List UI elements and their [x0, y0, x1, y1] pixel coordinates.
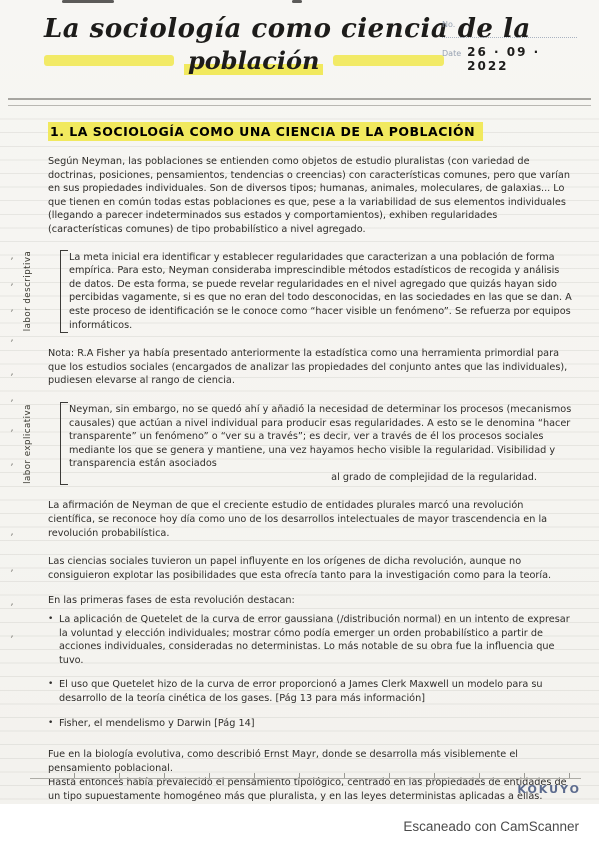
title-line-2: población — [184, 46, 323, 75]
notes-body: 1. LA SOCIOLOGÍA COMO UNA CIENCIA DE LA … — [0, 106, 599, 845]
paragraph-ciencias-sociales: Las ciencias sociales tuvieron un papel … — [48, 555, 573, 582]
paragraph-afirmacion: La afirmación de Neyman de que el crecie… — [48, 499, 573, 540]
paragraph-explanatory: Neyman, sin embargo, no se quedó ahí y a… — [69, 403, 573, 471]
date-label: Date — [442, 49, 461, 58]
paragraph-note: Nota: R.A Fisher ya había presentado ant… — [48, 347, 573, 388]
no-label: No. — [442, 20, 455, 29]
highlighter-stroke — [44, 55, 174, 66]
annotated-block-explanatory: labor explicativa Neyman, sin embargo, n… — [50, 402, 573, 486]
paragraph-descriptive: La meta inicial era identificar y establ… — [69, 251, 573, 333]
bracket: Neyman, sin embargo, no se quedó ahí y a… — [60, 402, 573, 486]
section-heading: 1. LA SOCIOLOGÍA COMO UNA CIENCIA DE LA … — [48, 124, 573, 139]
paragraph-final-1: Fue en la biología evolutiva, como descr… — [48, 748, 573, 775]
date-value: 26 · 09 · 2022 — [467, 45, 577, 73]
date-field: Date 26 · 09 · 2022 — [442, 45, 577, 73]
margin-label-explanatory: labor explicativa — [23, 404, 33, 484]
list-item: La aplicación de Quetelet de la curva de… — [48, 613, 573, 667]
title-line-2-row: población — [44, 46, 444, 75]
paper-footer: KOKUYO — [30, 773, 581, 796]
revolution-phases-list: La aplicación de Quetelet de la curva de… — [48, 613, 573, 730]
section-heading-highlight: 1. LA SOCIOLOGÍA COMO UNA CIENCIA DE LA … — [48, 122, 483, 141]
page-header: La sociología como ciencia de la poblaci… — [0, 0, 599, 94]
footer-rule — [30, 773, 581, 779]
scan-credit: Escaneado con CamScanner — [403, 819, 579, 834]
paragraph-intro: Según Neyman, las poblaciones se entiend… — [48, 155, 573, 237]
paragraph-explanatory-tail: al grado de complejidad de la regularida… — [69, 471, 573, 485]
number-date-box: No. Date 26 · 09 · 2022 — [442, 20, 577, 73]
highlighter-stroke — [333, 55, 444, 66]
list-item: Fisher, el mendelismo y Darwin [Pág 14] — [48, 717, 573, 731]
camscanner-strip: Escaneado con CamScanner — [0, 804, 599, 848]
list-item: El uso que Quetelet hizo de la curva de … — [48, 678, 573, 705]
no-field: No. — [442, 20, 577, 38]
header-divider — [8, 98, 591, 106]
title-line-1: La sociología como ciencia de la — [44, 14, 444, 44]
margin-label-descriptive: labor descriptiva — [23, 251, 33, 332]
page-title: La sociología como ciencia de la poblaci… — [44, 14, 444, 75]
annotated-block-descriptive: labor descriptiva La meta inicial era id… — [50, 250, 573, 334]
bracket: La meta inicial era identificar y establ… — [60, 250, 573, 334]
list-intro: En las primeras fases de esta revolución… — [48, 594, 573, 608]
paper-background: La sociología como ciencia de la poblaci… — [0, 0, 599, 804]
scanned-notebook-page: La sociología como ciencia de la poblaci… — [0, 0, 599, 848]
kokuyo-logo: KOKUYO — [30, 783, 581, 796]
